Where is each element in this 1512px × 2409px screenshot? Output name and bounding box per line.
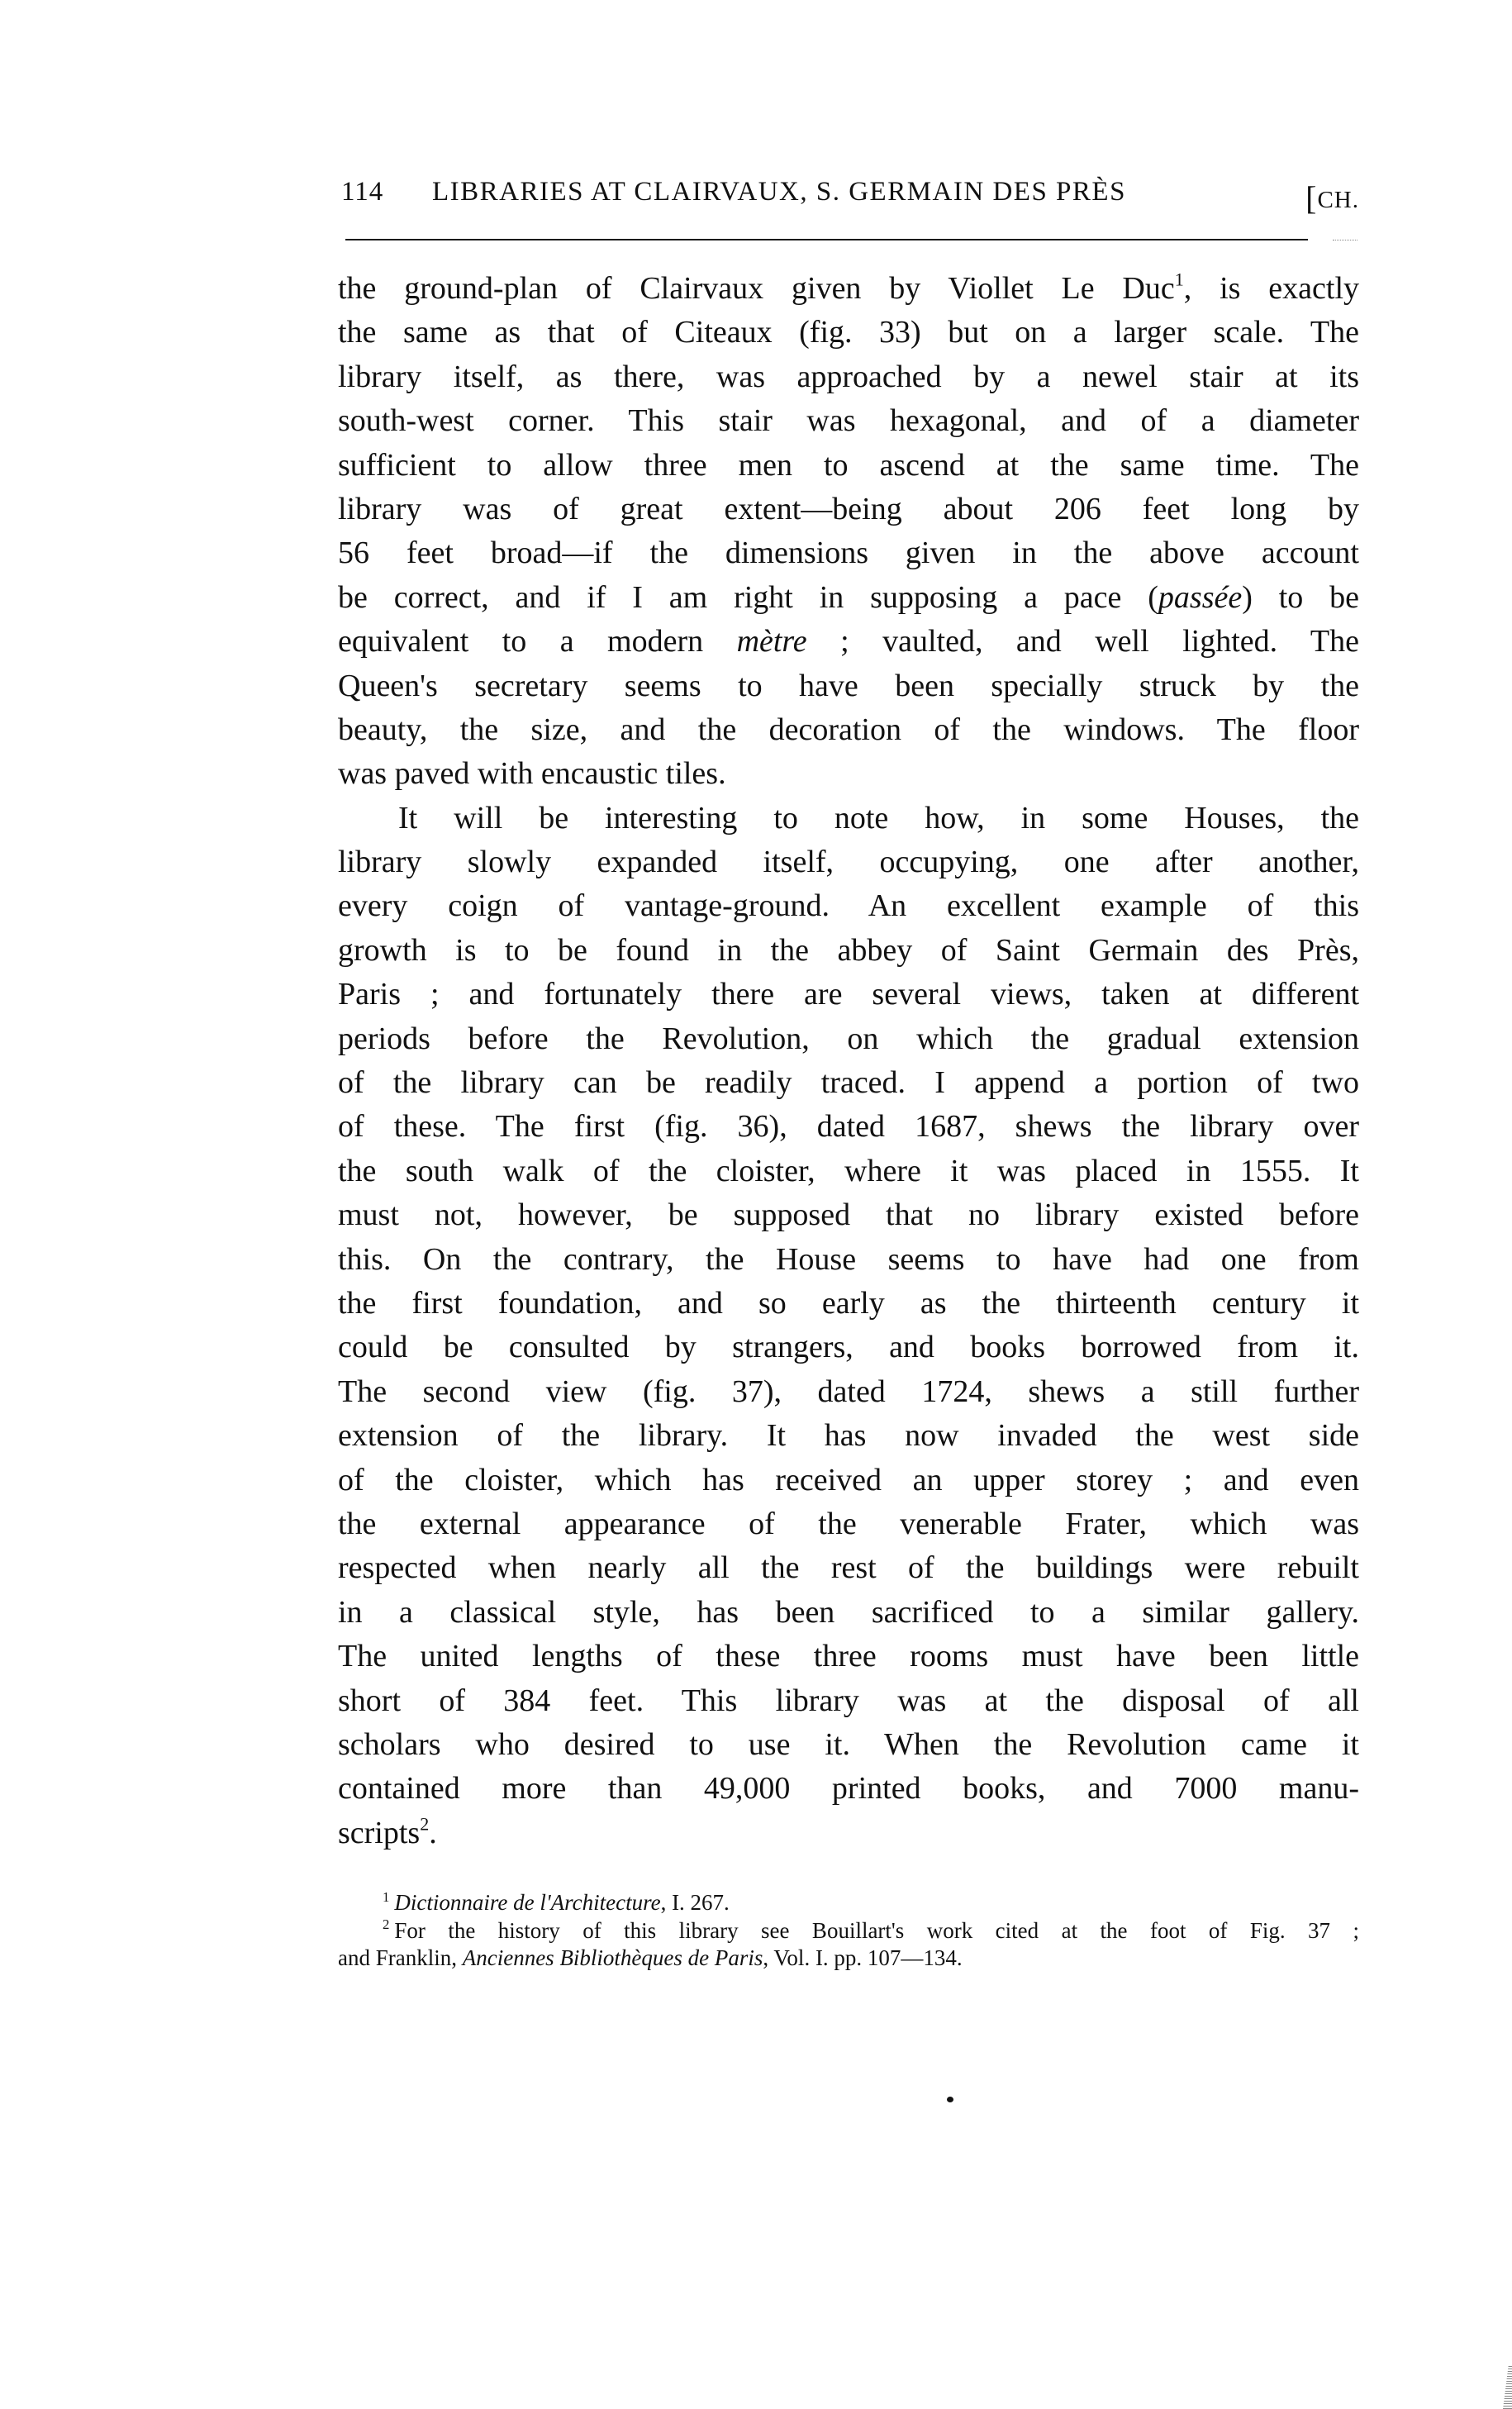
italic-title: Anciennes Bibliothèques de Paris [463,1945,763,1970]
text-line: It will be interesting to note how, in s… [338,797,1359,840]
footnote-2: 2For the history of this library see Bou… [338,1917,1359,1945]
text-line: of these. The first (fig. 36), dated 168… [338,1105,1359,1149]
text-line: be correct, and if I am right in supposi… [338,576,1359,620]
footnote-number: 1 [383,1889,389,1905]
italic-term: mètre [737,624,807,659]
footnote-ref-2[interactable]: 2 [420,1813,429,1834]
text-line: growth is to be found in the abbey of Sa… [338,929,1359,973]
text-line: this. On the contrary, the House seems t… [338,1238,1359,1282]
text-line: sufficient to allow three men to ascend … [338,444,1359,488]
text-line: equivalent to a modern mètre ; vaulted, … [338,620,1359,664]
header-rule-tail [1333,240,1357,241]
text-line: the external appearance of the venerable… [338,1502,1359,1546]
footnote-number: 2 [383,1917,389,1933]
running-title: Libraries at Clairvaux, S. Germain des P… [432,177,1126,207]
footnote-2-continued: and Franklin, Anciennes Bibliothèques de… [338,1945,1359,1973]
footnote-ref-1[interactable]: 1 [1175,269,1184,290]
text-line: must not, however, be supposed that no l… [338,1193,1359,1237]
text-line: Paris ; and fortunately there are severa… [338,973,1359,1016]
text-line: library itself, as there, was approached… [338,355,1359,399]
chapter-label: CH. [1317,187,1359,213]
text-line: short of 384 feet. This library was at t… [338,1679,1359,1723]
text-line: was paved with encaustic tiles. [338,752,1359,796]
ink-dot [947,2097,953,2102]
text-line: beauty, the size, and the decoration of … [338,708,1359,752]
book-page: 114 Libraries at Clairvaux, S. Germain d… [0,0,1512,2409]
chapter-bracket: [ [1305,179,1317,217]
text-line: could be consulted by strangers, and boo… [338,1326,1359,1369]
text-line: of the cloister, which has received an u… [338,1459,1359,1502]
text-line: scripts2. [338,1812,1359,1855]
text-line: respected when nearly all the rest of th… [338,1546,1359,1590]
text-line: 56 feet broad—if the dimensions given in… [338,531,1359,575]
footnotes: 1Dictionnaire de l'Architecture, I. 267.… [338,1889,1359,1973]
running-head: 114 Libraries at Clairvaux, S. Germain d… [341,177,1359,213]
footnote-1: 1Dictionnaire de l'Architecture, I. 267. [338,1889,1359,1917]
text-line: periods before the Revolution, on which … [338,1017,1359,1061]
italic-title: Dictionnaire de l'Architecture [394,1890,660,1915]
text-line: every coign of vantage-ground. An excell… [338,884,1359,928]
text-line: the ground-plan of Clairvaux given by Vi… [338,267,1359,311]
text-line: scholars who desired to use it. When the… [338,1723,1359,1767]
scan-artifact [1503,2366,1512,2409]
header-rule [345,239,1308,240]
text-line: south-west corner. This stair was hexago… [338,399,1359,443]
text-line: in a classical style, has been sacrifice… [338,1591,1359,1635]
chapter-marker: [CH. [1305,177,1359,216]
text-line: the first foundation, and so early as th… [338,1282,1359,1326]
text-line: The united lengths of these three rooms … [338,1635,1359,1678]
text-line: contained more than 49,000 printed books… [338,1767,1359,1811]
body-text: the ground-plan of Clairvaux given by Vi… [338,267,1359,1855]
text-line: The second view (fig. 37), dated 1724, s… [338,1370,1359,1414]
text-line: the same as that of Citeaux (fig. 33) bu… [338,311,1359,355]
text-line: of the library can be readily traced. I … [338,1061,1359,1105]
text-line: Queen's secretary seems to have been spe… [338,664,1359,708]
text-line: library slowly expanded itself, occupyin… [338,840,1359,884]
text-line: library was of great extent—being about … [338,488,1359,531]
page-number: 114 [341,177,383,207]
text-line: the south walk of the cloister, where it… [338,1150,1359,1193]
text-line: extension of the library. It has now inv… [338,1414,1359,1458]
italic-term: passée [1158,580,1242,615]
